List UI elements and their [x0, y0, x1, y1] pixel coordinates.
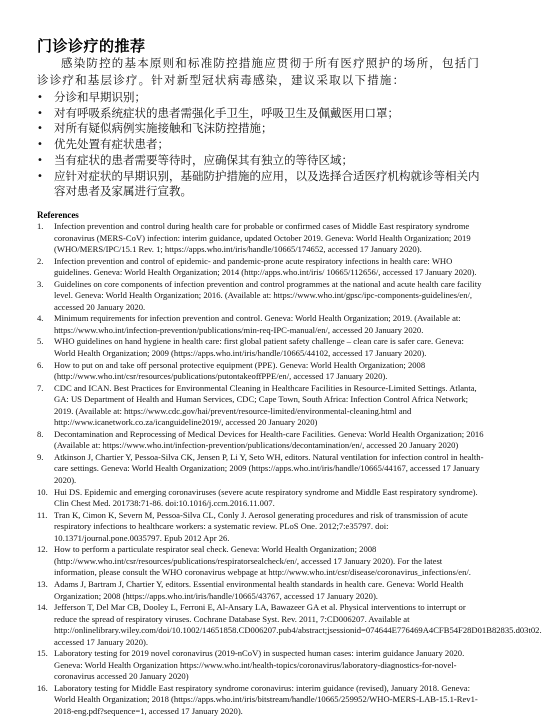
reference-item: 10.Hui DS. Epidemic and emerging coronav…: [37, 487, 487, 510]
bullet-icon: •: [37, 137, 47, 153]
document-page: 门诊诊疗的推荐 感染防控的基本原则和标准防控措施应贯彻于所有医疗照护的场所，包括…: [0, 0, 549, 716]
reference-item: 7.CDC and ICAN. Best Practices for Envir…: [37, 383, 487, 429]
list-item-text: 应针对症状的早期识别，基础防护措施的应用，以及选择合适医疗机构就诊等相关内容对患…: [54, 169, 480, 199]
list-item-text: 对有呼吸系统症状的患者需强化手卫生，呼吸卫生及佩戴医用口罩；: [54, 106, 399, 120]
list-item: •应针对症状的早期识别，基础防护措施的应用，以及选择合适医疗机构就诊等相关内容对…: [37, 169, 487, 200]
list-item-text: 优先处置有症状患者；: [54, 137, 169, 151]
reference-text: How to perform a particulate respirator …: [54, 544, 471, 577]
reference-number: 9.: [37, 452, 53, 464]
reference-text: Infection prevention and control of epid…: [54, 256, 477, 278]
bullet-icon: •: [37, 106, 47, 122]
reference-text: Jefferson T, Del Mar CB, Dooley L, Ferro…: [54, 602, 542, 647]
reference-number: 2.: [37, 256, 53, 268]
reference-number: 12.: [37, 544, 53, 556]
reference-text: Minimum requirements for infection preve…: [54, 313, 461, 335]
section-heading: 门诊诊疗的推荐: [37, 35, 146, 56]
bullet-icon: •: [37, 121, 47, 137]
reference-item: 2.Infection prevention and control of ep…: [37, 256, 487, 279]
list-item-text: 分诊和早期识别；: [54, 90, 146, 104]
reference-number: 11.: [37, 510, 53, 522]
reference-number: 1.: [37, 221, 53, 233]
reference-number: 13.: [37, 579, 53, 591]
reference-number: 10.: [37, 487, 53, 499]
reference-number: 14.: [37, 602, 53, 614]
reference-text: Laboratory testing for 2019 novel corona…: [54, 648, 464, 681]
list-item: •对所有疑似病例实施接触和飞沫防控措施；: [37, 121, 487, 137]
reference-number: 8.: [37, 429, 53, 441]
reference-text: How to put on and take off personal prot…: [54, 360, 425, 382]
reference-text: Guidelines on core components of infecti…: [54, 279, 481, 312]
reference-item: 6.How to put on and take off personal pr…: [37, 360, 487, 383]
reference-item: 13.Adams J, Bartram J, Chartier Y, edito…: [37, 579, 487, 602]
reference-item: 8.Decontamination and Reprocessing of Me…: [37, 429, 487, 452]
reference-text: Infection prevention and control during …: [54, 221, 471, 254]
reference-text: Hui DS. Epidemic and emerging coronaviru…: [54, 487, 478, 509]
reference-item: 11.Tran K, Cimon K, Severn M, Pessoa-Sil…: [37, 510, 487, 545]
reference-text: Laboratory testing for Middle East respi…: [54, 683, 478, 716]
reference-text: Decontamination and Reprocessing of Medi…: [54, 429, 484, 451]
reference-text: Tran K, Cimon K, Severn M, Pessoa-Silva …: [54, 510, 468, 543]
reference-item: 9.Atkinson J, Chartier Y, Pessoa-Silva C…: [37, 452, 487, 487]
list-item: •对有呼吸系统症状的患者需强化手卫生，呼吸卫生及佩戴医用口罩；: [37, 106, 487, 122]
reference-item: 12.How to perform a particulate respirat…: [37, 544, 487, 579]
reference-number: 5.: [37, 336, 53, 348]
reference-item: 3.Guidelines on core components of infec…: [37, 279, 487, 314]
reference-number: 3.: [37, 279, 53, 291]
reference-text: Adams J, Bartram J, Chartier Y, editors.…: [54, 579, 463, 601]
reference-item: 14.Jefferson T, Del Mar CB, Dooley L, Fe…: [37, 602, 487, 648]
intro-paragraph: 感染防控的基本原则和标准防控措施应贯彻于所有医疗照护的场所，包括门诊诊疗和基层诊…: [37, 55, 482, 89]
list-item: •当有症状的患者需要等待时，应确保其有独立的等待区域；: [37, 153, 487, 169]
reference-item: 4.Minimum requirements for infection pre…: [37, 313, 487, 336]
reference-number: 15.: [37, 648, 53, 660]
reference-item: 15.Laboratory testing for 2019 novel cor…: [37, 648, 487, 683]
reference-item: 16.Laboratory testing for Middle East re…: [37, 683, 487, 716]
reference-text: WHO guidelines on hand hygiene in health…: [54, 336, 464, 358]
reference-text: Atkinson J, Chartier Y, Pessoa-Silva CK,…: [54, 452, 483, 485]
reference-item: 5.WHO guidelines on hand hygiene in heal…: [37, 336, 487, 359]
reference-item: 1.Infection prevention and control durin…: [37, 221, 487, 256]
bullet-icon: •: [37, 153, 47, 169]
references-heading: References: [37, 210, 79, 220]
bullet-icon: •: [37, 169, 47, 185]
references-list: 1.Infection prevention and control durin…: [37, 221, 487, 716]
reference-number: 6.: [37, 360, 53, 372]
list-item: •分诊和早期识别；: [37, 90, 487, 106]
reference-number: 7.: [37, 383, 53, 395]
list-item-text: 当有症状的患者需要等待时，应确保其有独立的等待区域；: [54, 153, 353, 167]
bullet-icon: •: [37, 90, 47, 106]
list-item-text: 对所有疑似病例实施接触和飞沫防控措施；: [54, 121, 273, 135]
reference-number: 4.: [37, 313, 53, 325]
reference-text: CDC and ICAN. Best Practices for Environ…: [54, 383, 477, 428]
reference-number: 16.: [37, 683, 53, 695]
measures-list: •分诊和早期识别； •对有呼吸系统症状的患者需强化手卫生，呼吸卫生及佩戴医用口罩…: [37, 90, 487, 200]
list-item: •优先处置有症状患者；: [37, 137, 487, 153]
